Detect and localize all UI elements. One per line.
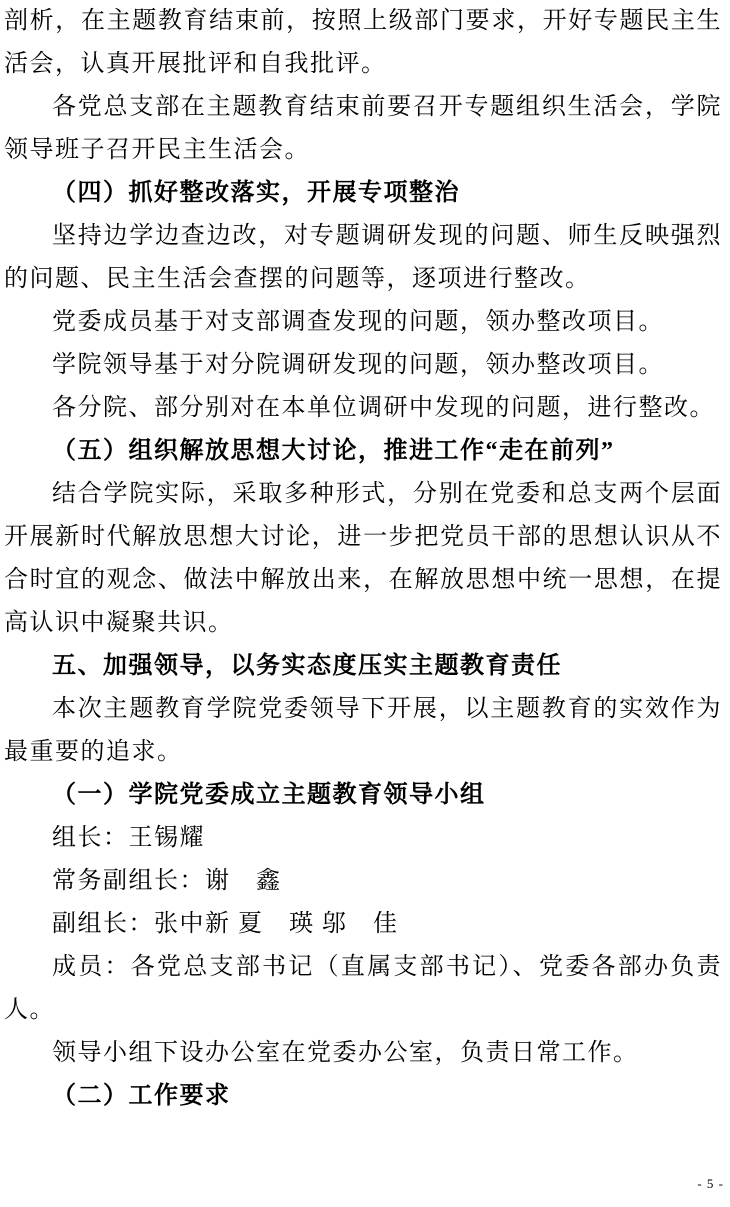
section-heading: （四）抓好整改落实，开展专项整治 [4, 172, 722, 215]
paragraph: 副组长：张中新 夏 瑛 邬 佳 [4, 903, 722, 946]
section-heading: （二）工作要求 [4, 1075, 722, 1118]
paragraph: 常务副组长：谢 鑫 [4, 860, 722, 903]
paragraph: 本次主题教育学院党委领导下开展，以主题教育的实效作为最重要的追求。 [4, 688, 722, 774]
paragraph: 成员：各党总支部书记（直属支部书记）、党委各部办负责人。 [4, 946, 722, 1032]
paragraph: 坚持边学边查边改，对专题调研发现的问题、师生反映强烈的问题、民主生活会查摆的问题… [4, 215, 722, 301]
paragraph: 结合学院实际，采取多种形式，分别在党委和总支两个层面开展新时代解放思想大讨论，进… [4, 473, 722, 645]
paragraph: 剖析，在主题教育结束前，按照上级部门要求，开好专题民主生活会，认真开展批评和自我… [4, 0, 722, 86]
section-heading: （五）组织解放思想大讨论，推进工作“走在前列” [4, 430, 722, 473]
document-page: 剖析，在主题教育结束前，按照上级部门要求，开好专题民主生活会，认真开展批评和自我… [0, 0, 730, 1207]
section-heading: 五、加强领导，以务实态度压实主题教育责任 [4, 645, 722, 688]
paragraph: 学院领导基于对分院调研发现的问题，领办整改项目。 [4, 344, 722, 387]
paragraph: 组长：王锡耀 [4, 817, 722, 860]
section-heading: （一）学院党委成立主题教育领导小组 [4, 774, 722, 817]
paragraph: 党委成员基于对支部调查发现的问题，领办整改项目。 [4, 301, 722, 344]
paragraph: 领导小组下设办公室在党委办公室，负责日常工作。 [4, 1032, 722, 1075]
paragraph: 各党总支部在主题教育结束前要召开专题组织生活会，学院领导班子召开民主生活会。 [4, 86, 722, 172]
document-body: 剖析，在主题教育结束前，按照上级部门要求，开好专题民主生活会，认真开展批评和自我… [0, 0, 730, 1118]
page-number: - 5 - [697, 1176, 724, 1192]
paragraph: 各分院、部分别对在本单位调研中发现的问题，进行整改。 [4, 387, 722, 430]
